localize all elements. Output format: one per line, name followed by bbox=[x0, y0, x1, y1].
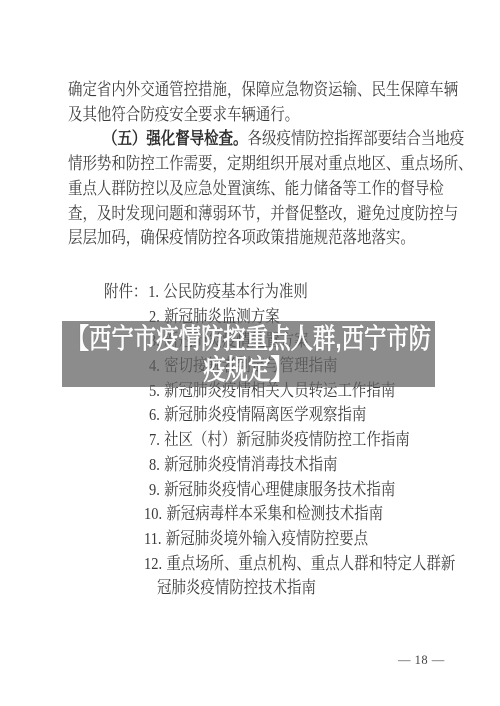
attachment-title: 新冠肺炎疫情隔离医学观察指南 bbox=[164, 405, 366, 424]
attachment-list-item: 12.重点场所、重点机构、重点人群和特定人群新 bbox=[144, 554, 455, 573]
body-text-line: 层层加码，确保疫情防控各项政策措施规范落地落实。 bbox=[68, 228, 415, 247]
attachment-title: 新冠病毒样本采集和检测技术指南 bbox=[166, 504, 383, 523]
body-text-line: 情形势和防控工作需要，定期组织开展对重点地区、重点场所、 bbox=[68, 154, 473, 173]
attachment-title: 社区（村）新冠肺炎疫情防控工作指南 bbox=[164, 430, 410, 449]
section-heading-lead: （五）强化督导检查。 bbox=[103, 129, 248, 148]
document-page: 确定省内外交通管控措施，保障应急物资运输、民生保障车辆 及其他符合防疫安全要求车… bbox=[0, 0, 500, 706]
attachment-title: 重点场所、重点机构、重点人群和特定人群新 bbox=[166, 554, 455, 573]
headline-text-line-1: 【西宁市疫情防控重点人群,西宁市防 bbox=[66, 323, 431, 354]
attachment-list-item: 7.社区（村）新冠肺炎疫情防控工作指南 bbox=[149, 430, 410, 449]
attachment-number: 9. bbox=[149, 480, 160, 499]
attachment-title: 公民防疫基本行为准则 bbox=[163, 282, 308, 301]
attachment-list-item: 9.新冠肺炎疫情心理健康服务技术指南 bbox=[149, 480, 395, 499]
attachment-list-item: 11.新冠肺炎境外输入疫情防控要点 bbox=[144, 529, 368, 548]
body-text-segment: 各级疫情防控指挥部要结合当地疫 bbox=[248, 129, 465, 148]
attachment-title: 新冠肺炎境外输入疫情防控要点 bbox=[166, 529, 368, 548]
attachment-number: 12. bbox=[144, 554, 162, 573]
body-text-line: 及其他符合防疫安全要求车辆通行。 bbox=[68, 105, 299, 124]
attachment-number: 1. bbox=[148, 282, 159, 301]
attachment-number: 11. bbox=[144, 529, 162, 548]
attachment-number: 7. bbox=[149, 430, 160, 449]
attachment-title: 新冠肺炎疫情心理健康服务技术指南 bbox=[164, 480, 395, 499]
attachment-item-continuation: 冠肺炎疫情防控技术指南 bbox=[157, 578, 316, 597]
body-text-line: 重点人群防控以及应急处置演练、能力储备等工作的督导检 bbox=[68, 179, 444, 198]
body-text-line: 查，及时发现问题和薄弱环节，并督促整改，避免过度防控与 bbox=[68, 204, 458, 223]
attachment-list-item: 10.新冠病毒样本采集和检测技术指南 bbox=[144, 504, 383, 523]
attachment-number: 8. bbox=[149, 455, 160, 474]
headline-text-line-2: 疫规定】 bbox=[204, 354, 294, 385]
attachment-list-item: 8.新冠肺炎疫情消毒技术指南 bbox=[149, 455, 337, 474]
attachment-number: 6. bbox=[149, 405, 160, 424]
attachments-label: 附件： bbox=[104, 282, 147, 301]
attachment-list-item: 附件：1.公民防疫基本行为准则 bbox=[104, 282, 308, 301]
page-number: — 18 — bbox=[398, 653, 438, 668]
body-text-line: 确定省内外交通管控措施，保障应急物资运输、民生保障车辆 bbox=[68, 80, 458, 99]
attachment-number: 10. bbox=[144, 504, 162, 523]
attachment-title: 新冠肺炎疫情消毒技术指南 bbox=[164, 455, 337, 474]
headline-overlay-banner: 【西宁市疫情防控重点人群,西宁市防 疫规定】 bbox=[62, 321, 435, 387]
body-text-line: （五）强化督导检查。各级疫情防控指挥部要结合当地疫 bbox=[103, 129, 464, 148]
attachment-list-item: 6.新冠肺炎疫情隔离医学观察指南 bbox=[149, 405, 366, 424]
